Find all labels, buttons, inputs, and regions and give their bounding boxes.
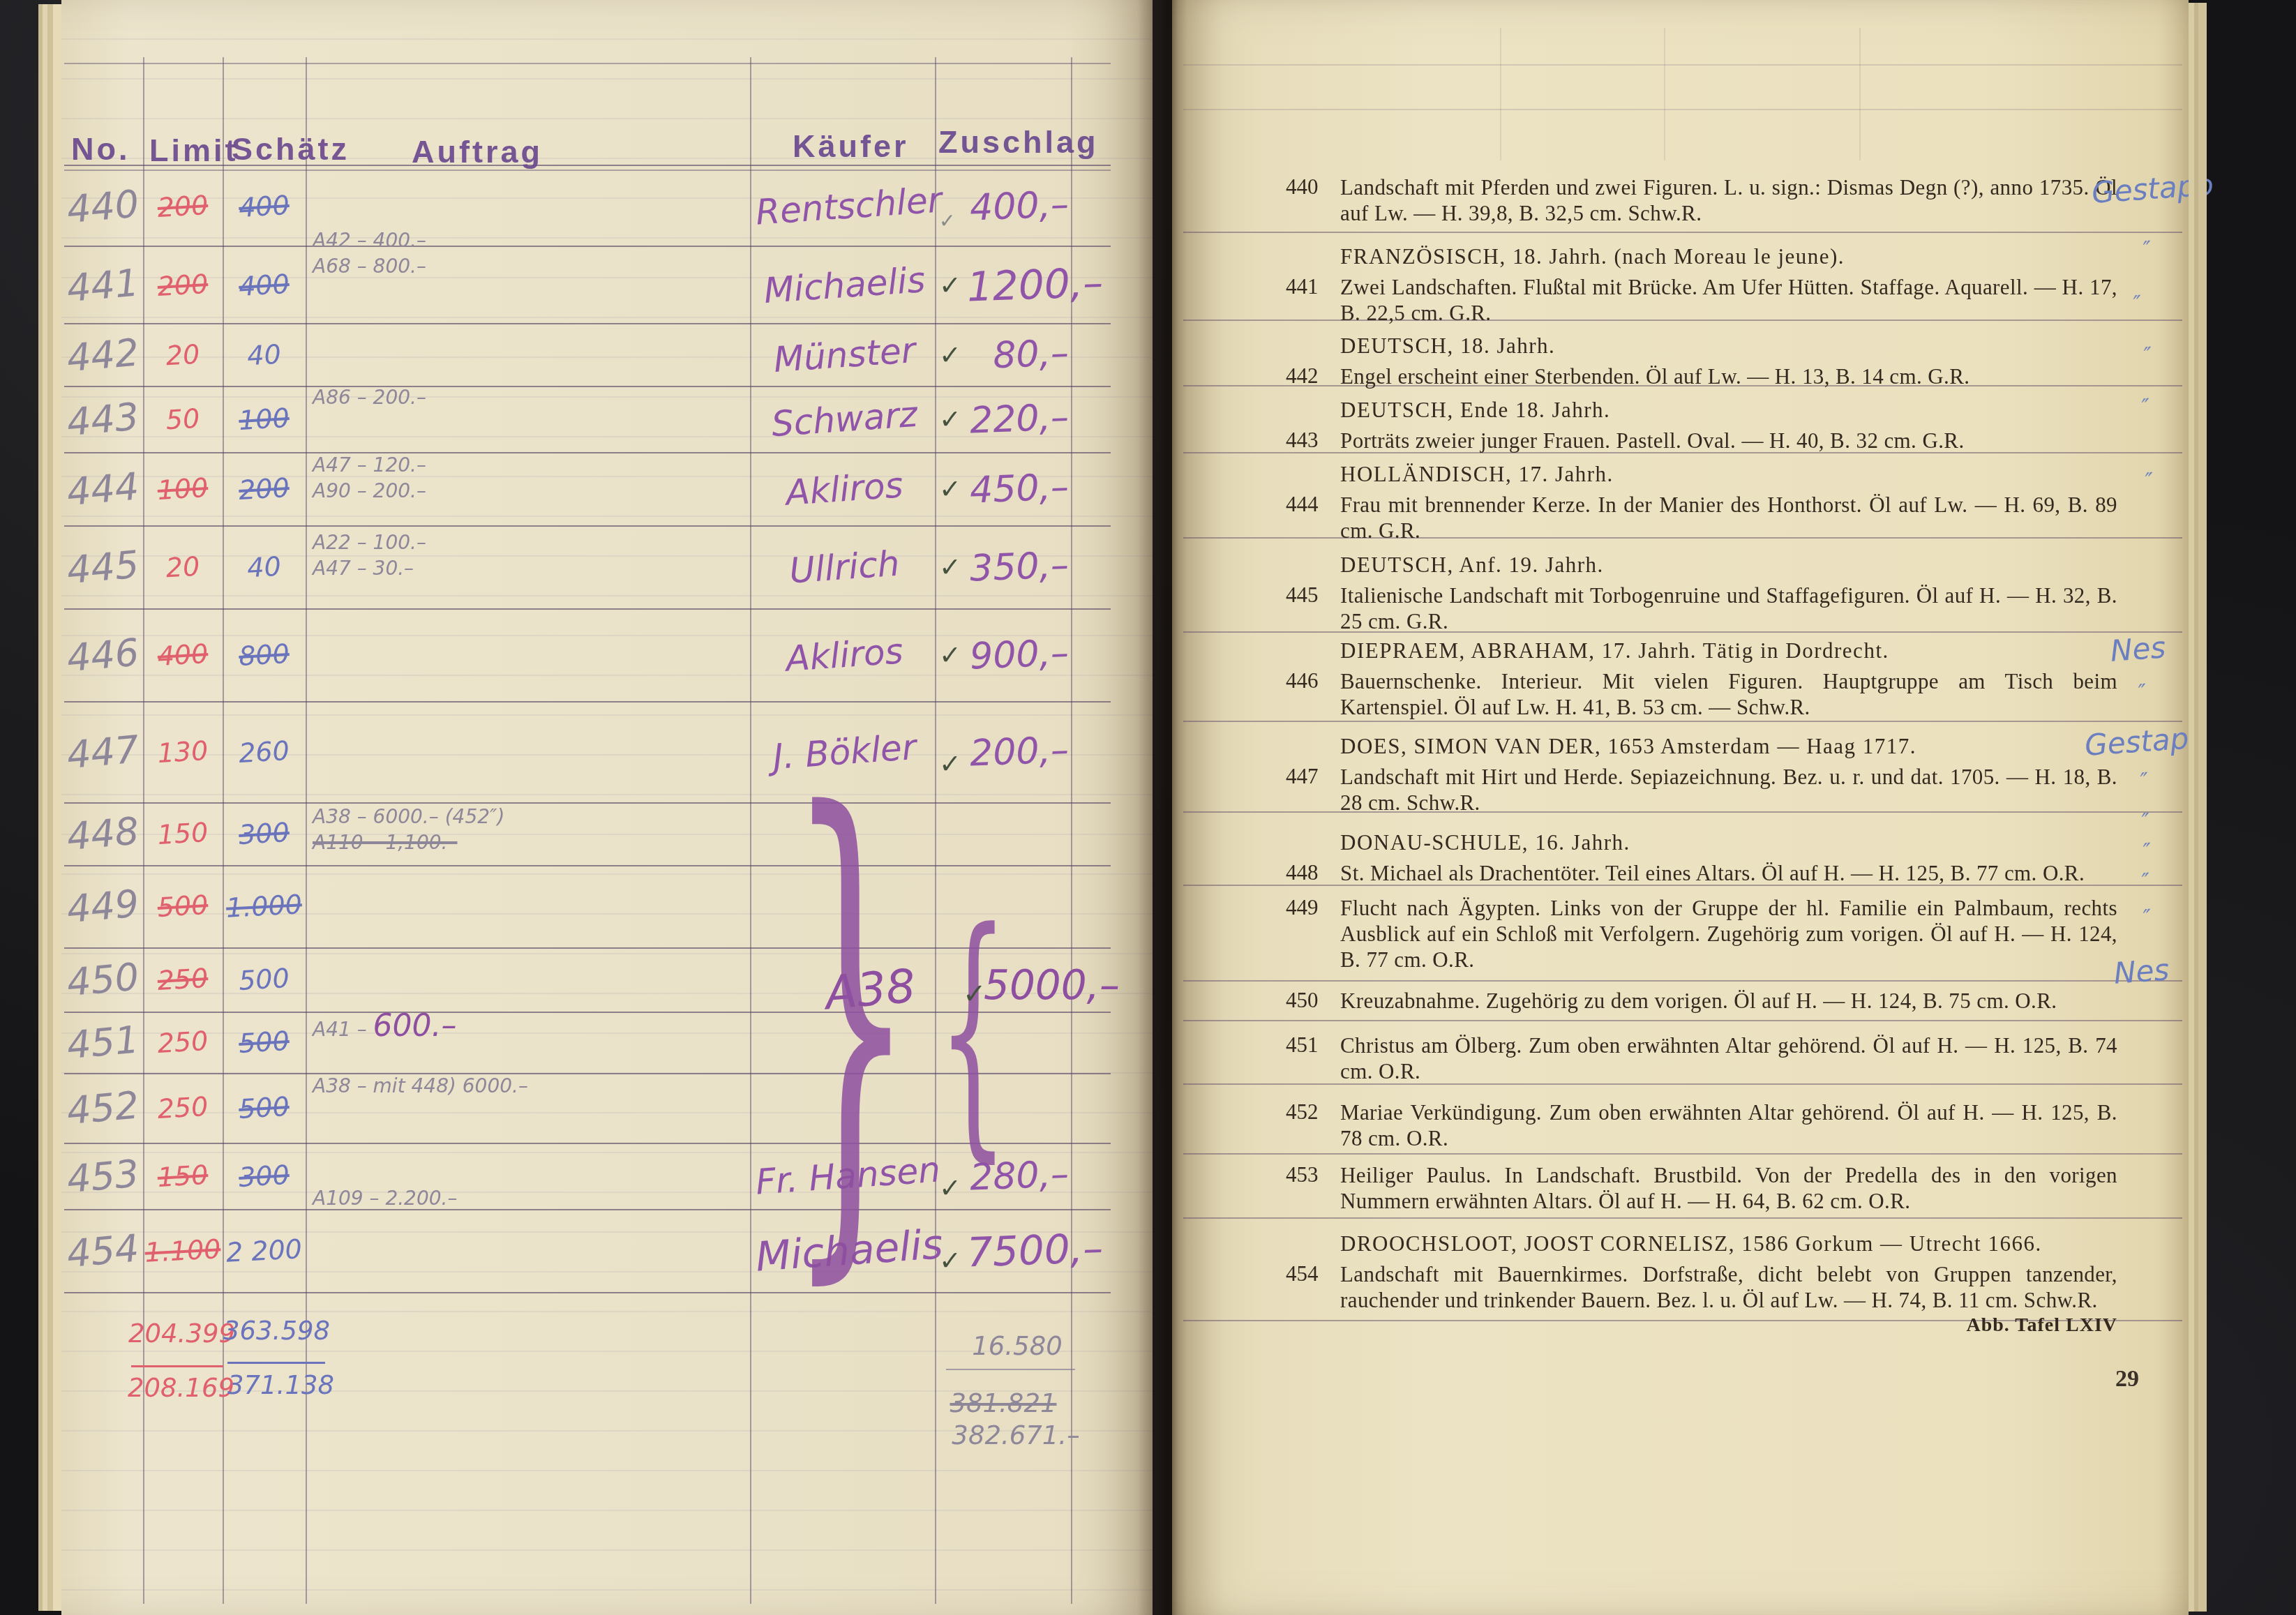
group-brace-left: { xyxy=(938,922,1009,1139)
check-icon: ✓ xyxy=(939,639,961,670)
lot-number: 441 xyxy=(65,260,144,310)
ledger-row-445: 445 20 40 A22 – 100.–A47 – 30.– Ullrich … xyxy=(61,525,1122,608)
entry-separator xyxy=(1183,1020,2182,1021)
limit-sum: 204.399 xyxy=(128,1319,233,1349)
catalog-entry-442: DEUTSCH, 18. Jahrh. 442Engel erscheint e… xyxy=(1286,333,2117,389)
bleed-line xyxy=(1500,28,1501,160)
hammer-price: 400,– xyxy=(966,183,1070,229)
entry-number: 446 xyxy=(1286,668,1340,720)
artist-header: HOLLÄNDISCH, 17. Jahrh. xyxy=(1340,462,2117,487)
schaetz-sum: 363.598 xyxy=(223,1316,328,1346)
schaetz-value: 500 xyxy=(222,1090,306,1125)
lot-number: 448 xyxy=(65,809,144,859)
artist-header: DROOCHSLOOT, JOOST CORNELISZ, 1586 Gorku… xyxy=(1340,1231,2117,1256)
entry-text: Engel erscheint einer Sterbenden. Öl auf… xyxy=(1340,363,2117,389)
buyer-name: Ullrich xyxy=(754,541,934,594)
ledger-row-441: 441 200 400 A42 – 400.–A68 – 800.– Micha… xyxy=(61,246,1122,324)
lot-number: 452 xyxy=(65,1083,144,1133)
schaetz-value: 800 xyxy=(222,637,306,672)
lot-number: 449 xyxy=(65,881,144,931)
schaetz-value: 500 xyxy=(222,962,306,997)
entry-number: 444 xyxy=(1286,492,1340,543)
check-icon: ✓ xyxy=(939,1245,961,1276)
check-icon: ✓ xyxy=(939,403,961,435)
hammer-price: 7500,– xyxy=(966,1225,1070,1276)
limit-value: 150 xyxy=(142,816,223,851)
catalog-entry-441: FRANZÖSISCH, 18. Jahrh. (nach Moreau le … xyxy=(1286,244,2117,326)
margin-ditto: ″ xyxy=(2141,809,2151,834)
catalog-entry-443: DEUTSCH, Ende 18. Jahrh. 443Porträts zwe… xyxy=(1286,398,2117,453)
sum-underline xyxy=(227,1362,325,1364)
margin-note: Nes xyxy=(2109,630,2166,668)
row-separator xyxy=(64,63,1111,64)
auftrag-note: A42 – 400.–A68 – 800.– xyxy=(313,227,745,279)
ledger-row-454: 454 1.100 2 200 A109 – 2.200.– Michaelis… xyxy=(61,1209,1122,1292)
entry-number: 448 xyxy=(1286,860,1340,886)
entry-text: St. Michael als Drachentöter. Teil eines… xyxy=(1340,860,2117,886)
lot-number: 453 xyxy=(65,1150,144,1201)
catalog-entry-451: 451Christus am Ölberg. Zum oben erwähnte… xyxy=(1286,1032,2117,1084)
buyer-name: Michaelis xyxy=(754,259,934,312)
entry-text: Heiliger Paulus. In Landschaft. Brustbil… xyxy=(1340,1162,2117,1214)
buyer-name: Akliros xyxy=(754,463,934,516)
buyer-name: Rentschler xyxy=(754,180,934,233)
buyer-name: Münster xyxy=(754,329,934,382)
group-hammer-price: 5000,– xyxy=(984,961,1120,1009)
catalog-entry-446: DIEPRAEM, ABRAHAM, 17. Jahrh. Tätig in D… xyxy=(1286,638,2117,720)
entry-number: 447 xyxy=(1286,764,1340,816)
auftrag-note: A38 – 6000.– (452″)A110 – 1,100.– xyxy=(313,804,745,855)
entry-text: Bauernschenke. Interieur. Mit vielen Fig… xyxy=(1340,668,2117,720)
entry-text: Zwei Landschaften. Flußtal mit Brücke. A… xyxy=(1340,274,2117,326)
catalog-entry-448: DONAU-SCHULE, 16. Jahrh. 448St. Michael … xyxy=(1286,830,2117,886)
entry-number: 442 xyxy=(1286,363,1340,389)
header-schaetz: Schätz xyxy=(232,131,350,167)
bleed-line xyxy=(1183,64,2182,66)
entry-number: 450 xyxy=(1286,988,1340,1014)
auftrag-note: A86 – 200.– xyxy=(313,384,745,410)
ledger-row-448: 448 150 300 A38 – 6000.– (452″)A110 – 1,… xyxy=(61,802,1122,865)
limit-value: 130 xyxy=(142,735,223,769)
entry-number: 443 xyxy=(1286,428,1340,453)
artist-header: DEUTSCH, Anf. 19. Jahrh. xyxy=(1340,553,2117,578)
bleed-line xyxy=(1859,28,1861,160)
ledger-row-442: 442 20 40 Münster ✓ 80,– xyxy=(61,324,1122,386)
auction-ledger-photo: No. Limit Schätz Auftrag Käufer Zuschlag… xyxy=(0,0,2296,1615)
margin-ditto: ″ xyxy=(2145,469,2154,494)
ledger-row-443: 443 50 100 A86 – 200.– Schwarz ✓ 220,– xyxy=(61,386,1122,452)
hammer-price: 350,– xyxy=(966,544,1070,589)
catalog-entry-453: 453Heiliger Paulus. In Landschaft. Brust… xyxy=(1286,1162,2117,1214)
entry-text: Kreuzabnahme. Zugehörig zu dem vorigen. … xyxy=(1340,988,2117,1014)
schaetz-value: 2 200 xyxy=(222,1233,306,1268)
artist-header: DIEPRAEM, ABRAHAM, 17. Jahrh. Tätig in D… xyxy=(1340,638,2117,663)
header-no: No. xyxy=(71,131,130,167)
catalog-entry-449: 449Flucht nach Ägypten. Links von der Gr… xyxy=(1286,895,2117,972)
margin-ditto: ″ xyxy=(2143,839,2152,864)
page-stack-edge-right xyxy=(2189,3,2207,1612)
catalog-page: 440Landschaft mit Pferden und zwei Figur… xyxy=(1172,0,2189,1615)
zuschlag-total: 382.671.– xyxy=(946,1420,1086,1450)
header-auftrag: Auftrag xyxy=(412,134,543,170)
entry-separator xyxy=(1183,1153,2182,1155)
entry-separator xyxy=(1183,1217,2182,1219)
margin-note: Nes xyxy=(2113,952,2170,990)
entry-separator xyxy=(1183,232,2182,233)
entry-number: 452 xyxy=(1286,1099,1340,1151)
margin-ditto: ″ xyxy=(2143,906,2152,931)
header-kaeufer: Käufer xyxy=(793,128,909,165)
entry-text: Landschaft mit Hirt und Herde. Sepiazeic… xyxy=(1340,764,2117,816)
auftrag-amount: 600.– xyxy=(373,1008,457,1044)
auftrag-note: A47 – 120.–A90 – 200.– xyxy=(313,452,745,504)
zuschlag-page-sum: 16.580 xyxy=(961,1331,1073,1361)
ledger-row-444: 444 100 200 A47 – 120.–A90 – 200.– Aklir… xyxy=(61,452,1122,525)
sum-underline xyxy=(946,1369,1075,1370)
schaetz-value: 260 xyxy=(222,734,306,769)
artist-header: DEUTSCH, 18. Jahrh. xyxy=(1340,333,2117,359)
row-separator xyxy=(64,1292,1111,1293)
zuschlag-total-struck: 381.821 xyxy=(933,1388,1073,1418)
auftrag-note: A41 – 600.– xyxy=(313,1013,745,1042)
entry-text: Mariae Verkündigung. Zum oben erwähnten … xyxy=(1340,1099,2117,1151)
bleed-line xyxy=(1183,109,2182,110)
margin-ditto: ″ xyxy=(2143,343,2153,368)
lot-number: 446 xyxy=(65,629,144,679)
page-stack-edge-left xyxy=(38,4,61,1611)
check-icon: ✓ xyxy=(939,209,955,232)
entry-number: 441 xyxy=(1286,274,1340,326)
limit-value: 50 xyxy=(142,402,223,437)
entry-number: 440 xyxy=(1286,174,1340,226)
catalog-entry-440: 440Landschaft mit Pferden und zwei Figur… xyxy=(1286,174,2117,226)
auftrag-note: A38 – mit 448) 6000.– xyxy=(313,1073,745,1099)
entry-text: Landschaft mit Bauernkirmes. Dorfstraße,… xyxy=(1340,1261,2117,1313)
check-icon: ✓ xyxy=(939,748,961,779)
entry-number: 451 xyxy=(1286,1032,1340,1084)
limit-value: 200 xyxy=(142,189,223,224)
buyer-name: Schwarz xyxy=(754,393,934,446)
bleed-line xyxy=(1664,28,1665,160)
catalog-entry-452: 452Mariae Verkündigung. Zum oben erwähnt… xyxy=(1286,1099,2117,1151)
entry-number: 449 xyxy=(1286,895,1340,972)
limit-value: 250 xyxy=(142,1025,223,1060)
check-icon: ✓ xyxy=(939,340,961,371)
schaetz-value: 400 xyxy=(222,189,306,224)
header-zuschlag: Zuschlag xyxy=(938,124,1099,160)
check-icon: ✓ xyxy=(939,551,961,583)
entry-text: Flucht nach Ägypten. Links von der Grupp… xyxy=(1340,895,2117,972)
schaetz-value: 300 xyxy=(222,816,306,851)
hammer-price: 450,– xyxy=(966,466,1070,511)
ledger-page: No. Limit Schätz Auftrag Käufer Zuschlag… xyxy=(61,0,1153,1615)
sum-underline xyxy=(131,1365,223,1367)
lot-number: 443 xyxy=(65,393,144,444)
lot-number: 451 xyxy=(65,1017,144,1067)
limit-sum-cumulative: 208.169 xyxy=(127,1373,235,1403)
entry-separator xyxy=(1183,980,2182,982)
check-icon: ✓ xyxy=(939,269,961,301)
hammer-price: 80,– xyxy=(966,332,1070,377)
schaetz-value: 400 xyxy=(222,267,306,302)
schaetz-value: 1.000 xyxy=(222,889,306,924)
limit-value: 400 xyxy=(142,638,223,673)
entry-number: 454 xyxy=(1286,1261,1340,1313)
artist-header: DEUTSCH, Ende 18. Jahrh. xyxy=(1340,398,2117,423)
plate-reference: Abb. Tafel LXIV xyxy=(1286,1314,2117,1337)
limit-value: 500 xyxy=(142,889,223,924)
hammer-price: 900,– xyxy=(966,632,1070,677)
hammer-price: 1200,– xyxy=(966,260,1070,310)
lot-number: 454 xyxy=(65,1225,144,1275)
entry-number: 445 xyxy=(1286,583,1340,634)
entry-text: Christus am Ölberg. Zum oben erwähnten A… xyxy=(1340,1032,2117,1084)
limit-value: 250 xyxy=(142,1090,223,1125)
limit-value: 20 xyxy=(142,338,223,373)
artist-header: DONAU-SCHULE, 16. Jahrh. xyxy=(1340,830,2117,855)
limit-value: 250 xyxy=(142,962,223,997)
entry-number: 453 xyxy=(1286,1162,1340,1214)
group-buyer-name: A38 xyxy=(823,959,917,1021)
hammer-price: 200,– xyxy=(966,729,1070,774)
lot-number: 444 xyxy=(65,463,144,513)
margin-ditto: ″ xyxy=(2133,292,2143,317)
ledger-row-446: 446 400 800 Akliros ✓ 900,– xyxy=(61,608,1122,701)
lot-number: 447 xyxy=(65,726,144,776)
lot-number: 445 xyxy=(65,541,144,592)
limit-value: 200 xyxy=(142,268,223,303)
limit-value: 20 xyxy=(142,550,223,585)
lot-number: 440 xyxy=(65,181,144,232)
catalog-entry-444: HOLLÄNDISCH, 17. Jahrh. 444Frau mit bren… xyxy=(1286,462,2117,543)
schaetz-sum-cumulative: 371.138 xyxy=(227,1370,332,1400)
margin-ditto: ″ xyxy=(2141,869,2151,894)
buyer-name: Akliros xyxy=(754,629,934,682)
header-limit: Limit xyxy=(149,133,239,169)
artist-header: FRANZÖSISCH, 18. Jahrh. (nach Moreau le … xyxy=(1340,244,2117,269)
lot-number: 450 xyxy=(65,954,144,1005)
check-icon: ✓ xyxy=(963,978,986,1010)
entry-text: Porträts zweier junger Frauen. Pastell. … xyxy=(1340,428,2117,453)
catalog-entry-450: 450Kreuzabnahme. Zugehörig zu dem vorige… xyxy=(1286,988,2117,1014)
entry-text: Landschaft mit Pferden und zwei Figuren.… xyxy=(1340,174,2117,226)
ledger-row-447: 447 130 260 J. Bökler ✓ 200,– xyxy=(61,701,1122,802)
schaetz-value: 100 xyxy=(222,401,306,436)
schaetz-value: 200 xyxy=(222,471,306,506)
limit-value: 150 xyxy=(142,1159,223,1194)
lot-number: 442 xyxy=(65,330,144,380)
margin-ditto: ″ xyxy=(2143,237,2152,262)
schaetz-value: 500 xyxy=(222,1025,306,1060)
auftrag-note: A109 – 2.200.– xyxy=(313,1185,745,1211)
auftrag-note: A22 – 100.–A47 – 30.– xyxy=(313,529,745,581)
entry-text: Italienische Landschaft mit Torbogenruin… xyxy=(1340,583,2117,634)
hammer-price: 220,– xyxy=(966,396,1070,442)
entry-separator xyxy=(1183,721,2182,722)
catalog-entry-447: DOES, SIMON VAN DER, 1653 Amsterdam — Ha… xyxy=(1286,734,2117,816)
margin-ditto: ″ xyxy=(2140,769,2149,794)
margin-ditto: ″ xyxy=(2141,395,2151,420)
artist-header: DOES, SIMON VAN DER, 1653 Amsterdam — Ha… xyxy=(1340,734,2117,759)
schaetz-value: 40 xyxy=(222,549,306,584)
limit-value: 1.100 xyxy=(142,1233,223,1268)
catalog-entry-445: DEUTSCH, Anf. 19. Jahrh. 445Italienische… xyxy=(1286,553,2117,634)
margin-ditto: ″ xyxy=(2138,680,2147,705)
limit-value: 100 xyxy=(142,472,223,506)
catalog-entry-454: DROOCHSLOOT, JOOST CORNELISZ, 1586 Gorku… xyxy=(1286,1231,2117,1337)
schaetz-value: 300 xyxy=(222,1158,306,1193)
schaetz-value: 40 xyxy=(222,338,306,373)
page-number: 29 xyxy=(2115,1366,2139,1392)
check-icon: ✓ xyxy=(939,473,961,504)
entry-text: Frau mit brennender Kerze. In der Manier… xyxy=(1340,492,2117,543)
